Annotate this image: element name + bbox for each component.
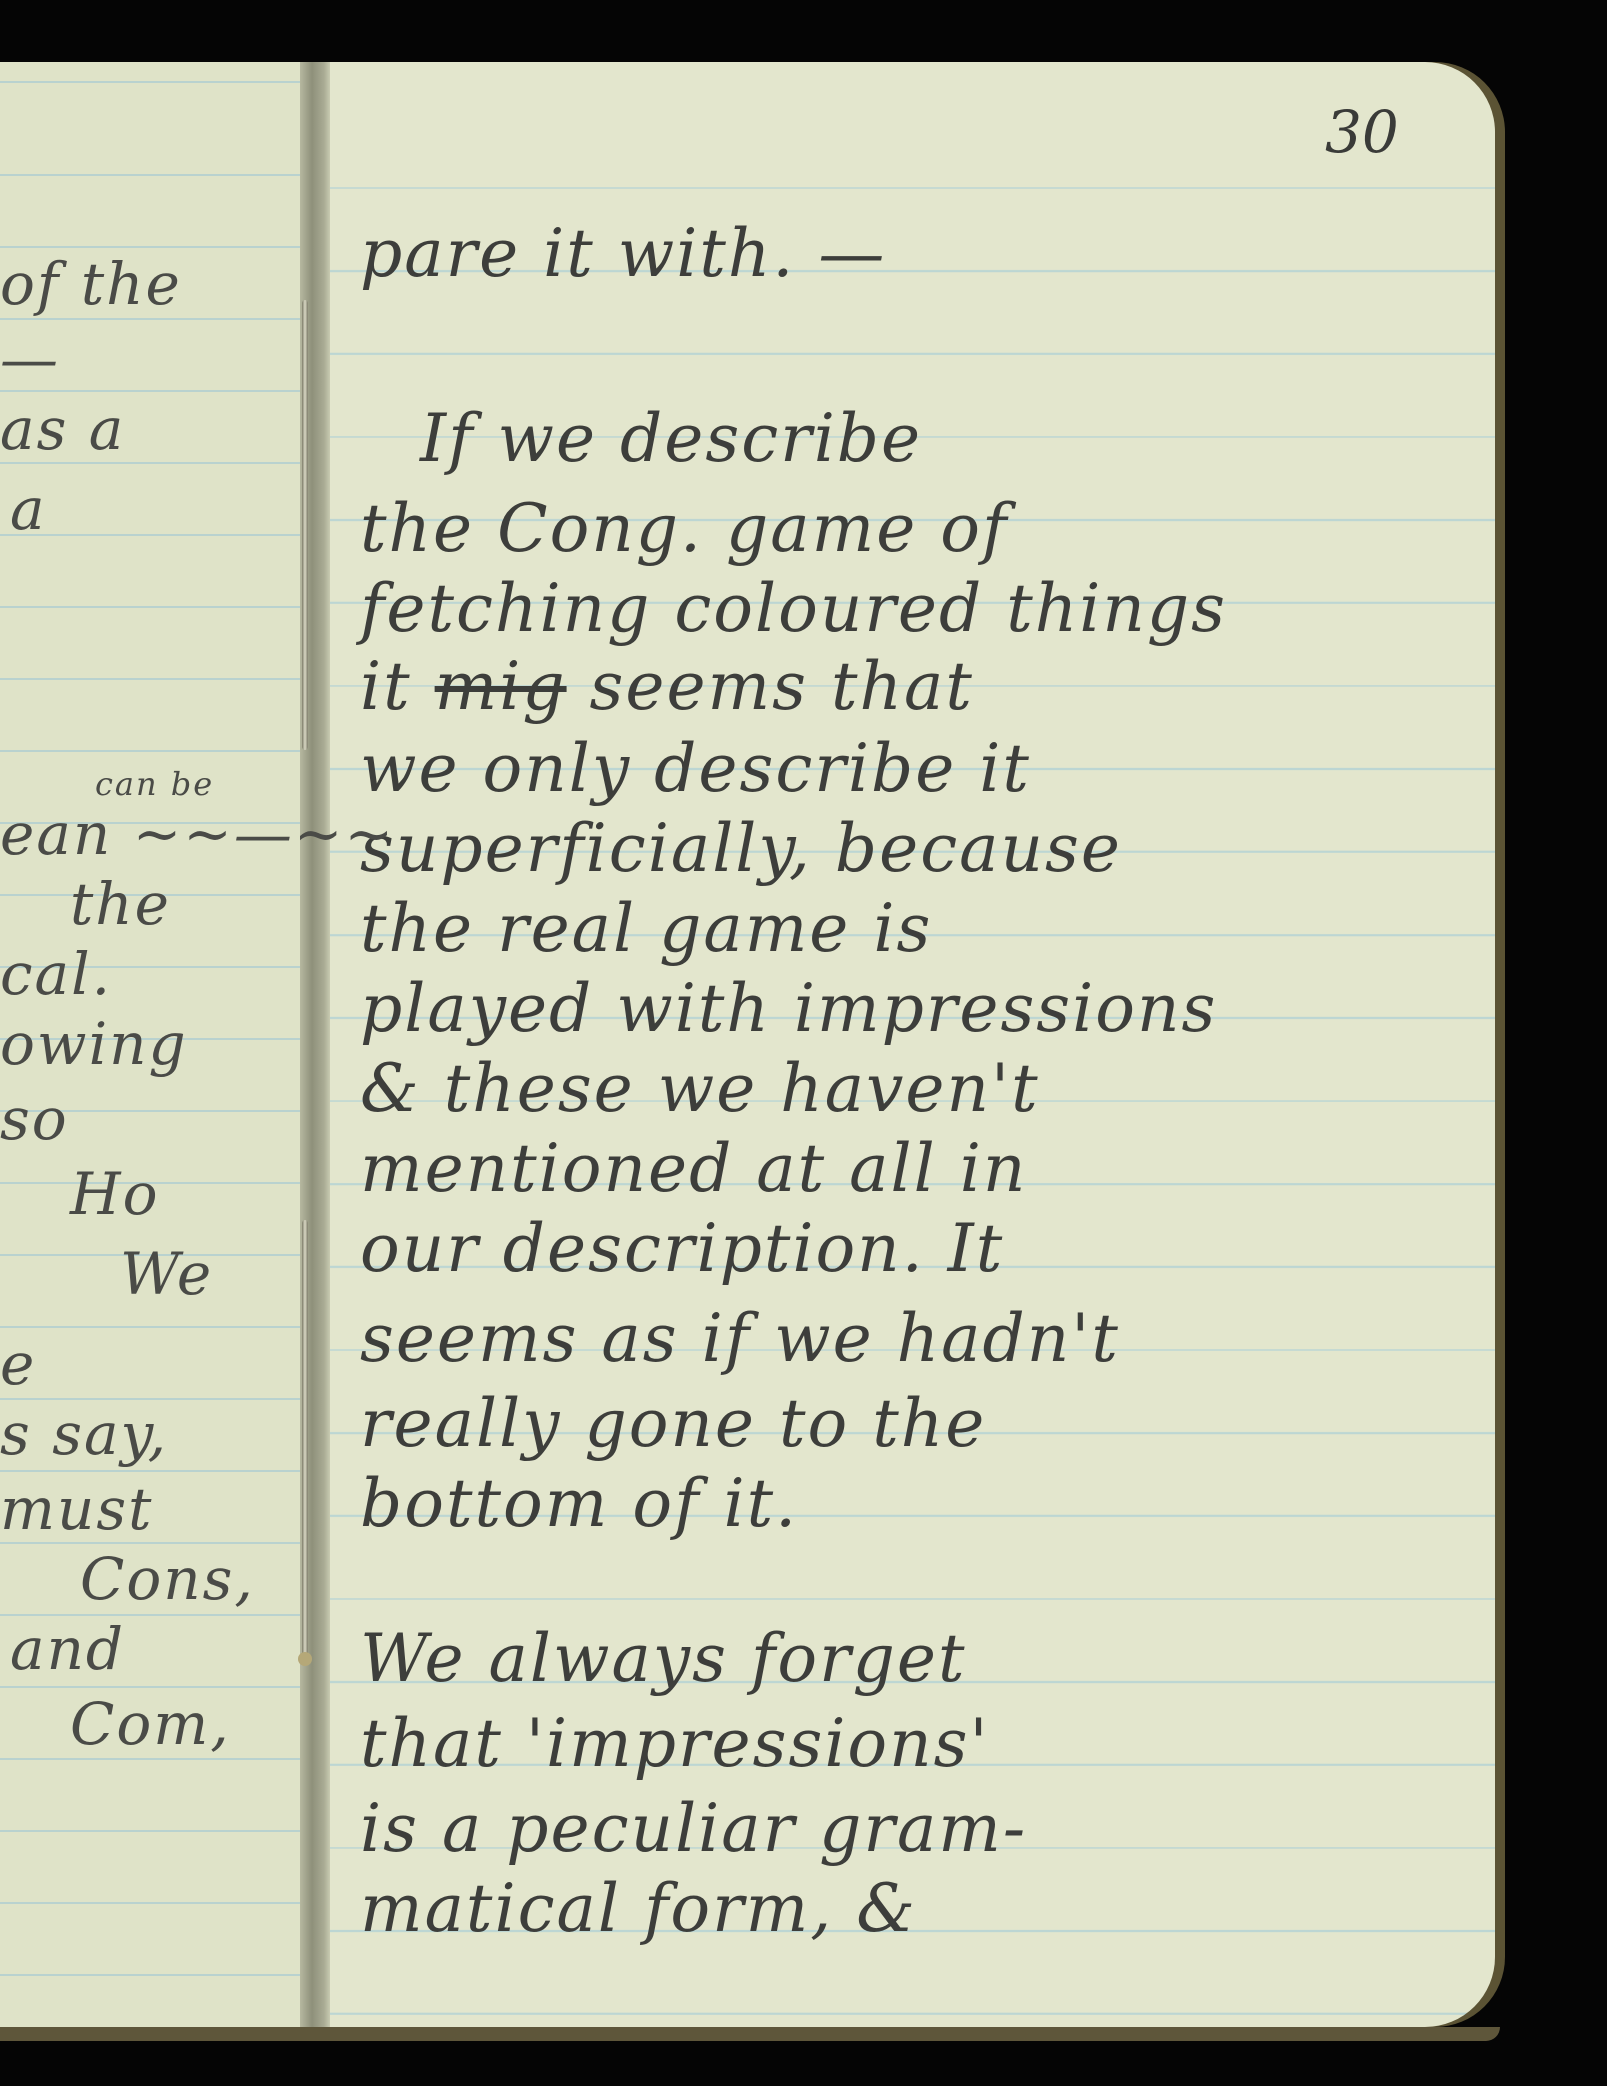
handwritten-line: We always forget [360,1620,966,1697]
handwritten-line: the Cong. game of [360,490,1008,567]
handwritten-line: mentioned at all in [360,1130,1027,1207]
left-fragment: Ho [70,1160,160,1228]
page-number: 30 [1325,98,1399,166]
left-insertion: can be [95,765,214,803]
handwritten-line: fetching coloured things [360,570,1227,647]
handwritten-line: we only describe it [360,730,1031,807]
binding-knot [298,1652,312,1666]
left-fragment: of the [0,250,182,318]
cover-edge [0,2027,1500,2041]
handwritten-line: pare it with. — [360,215,886,292]
left-fragment: e [0,1330,36,1398]
handwritten-line: the real game is [360,890,932,967]
left-fragment: owing [0,1010,188,1078]
binding-stitch [302,1220,308,1660]
handwritten-line: seems as if we hadn't [360,1300,1120,1377]
handwritten-line: it mig seems that [360,648,974,725]
binding-stitch [302,300,308,750]
handwritten-line: & these we haven't [360,1050,1040,1127]
left-fragment: a [10,475,47,543]
handwritten-line: played with impressions [360,970,1217,1047]
handwritten-line: If we describe [420,400,922,477]
struck-word-prefix: it [360,648,435,725]
left-fragment: must [0,1475,153,1543]
handwritten-line: that 'impressions' [360,1705,990,1782]
handwritten-line: is a peculiar gram- [360,1790,1027,1867]
left-fragment: cal. [0,940,112,1008]
handwritten-line: really gone to the [360,1385,986,1462]
left-fragment: the [70,870,171,938]
left-fragment: so [0,1085,69,1153]
line-rest: seems that [567,648,974,725]
handwritten-line: superficially, because [360,810,1122,887]
left-fragment: as a [0,395,125,463]
left-fragment: — [0,325,60,393]
left-fragment: We [120,1240,213,1308]
left-fragment: s say, [0,1400,168,1468]
left-fragment: Cons, [80,1545,255,1613]
handwritten-line: bottom of it. [360,1465,798,1542]
left-fragment: and [10,1615,125,1683]
left-fragment: ean ~~—~~ [0,800,395,868]
handwritten-line: our description. It [360,1210,1004,1287]
left-fragment: Com, [70,1690,231,1758]
handwritten-line: matical form, & [360,1870,917,1947]
struck-word: mig [435,648,567,725]
